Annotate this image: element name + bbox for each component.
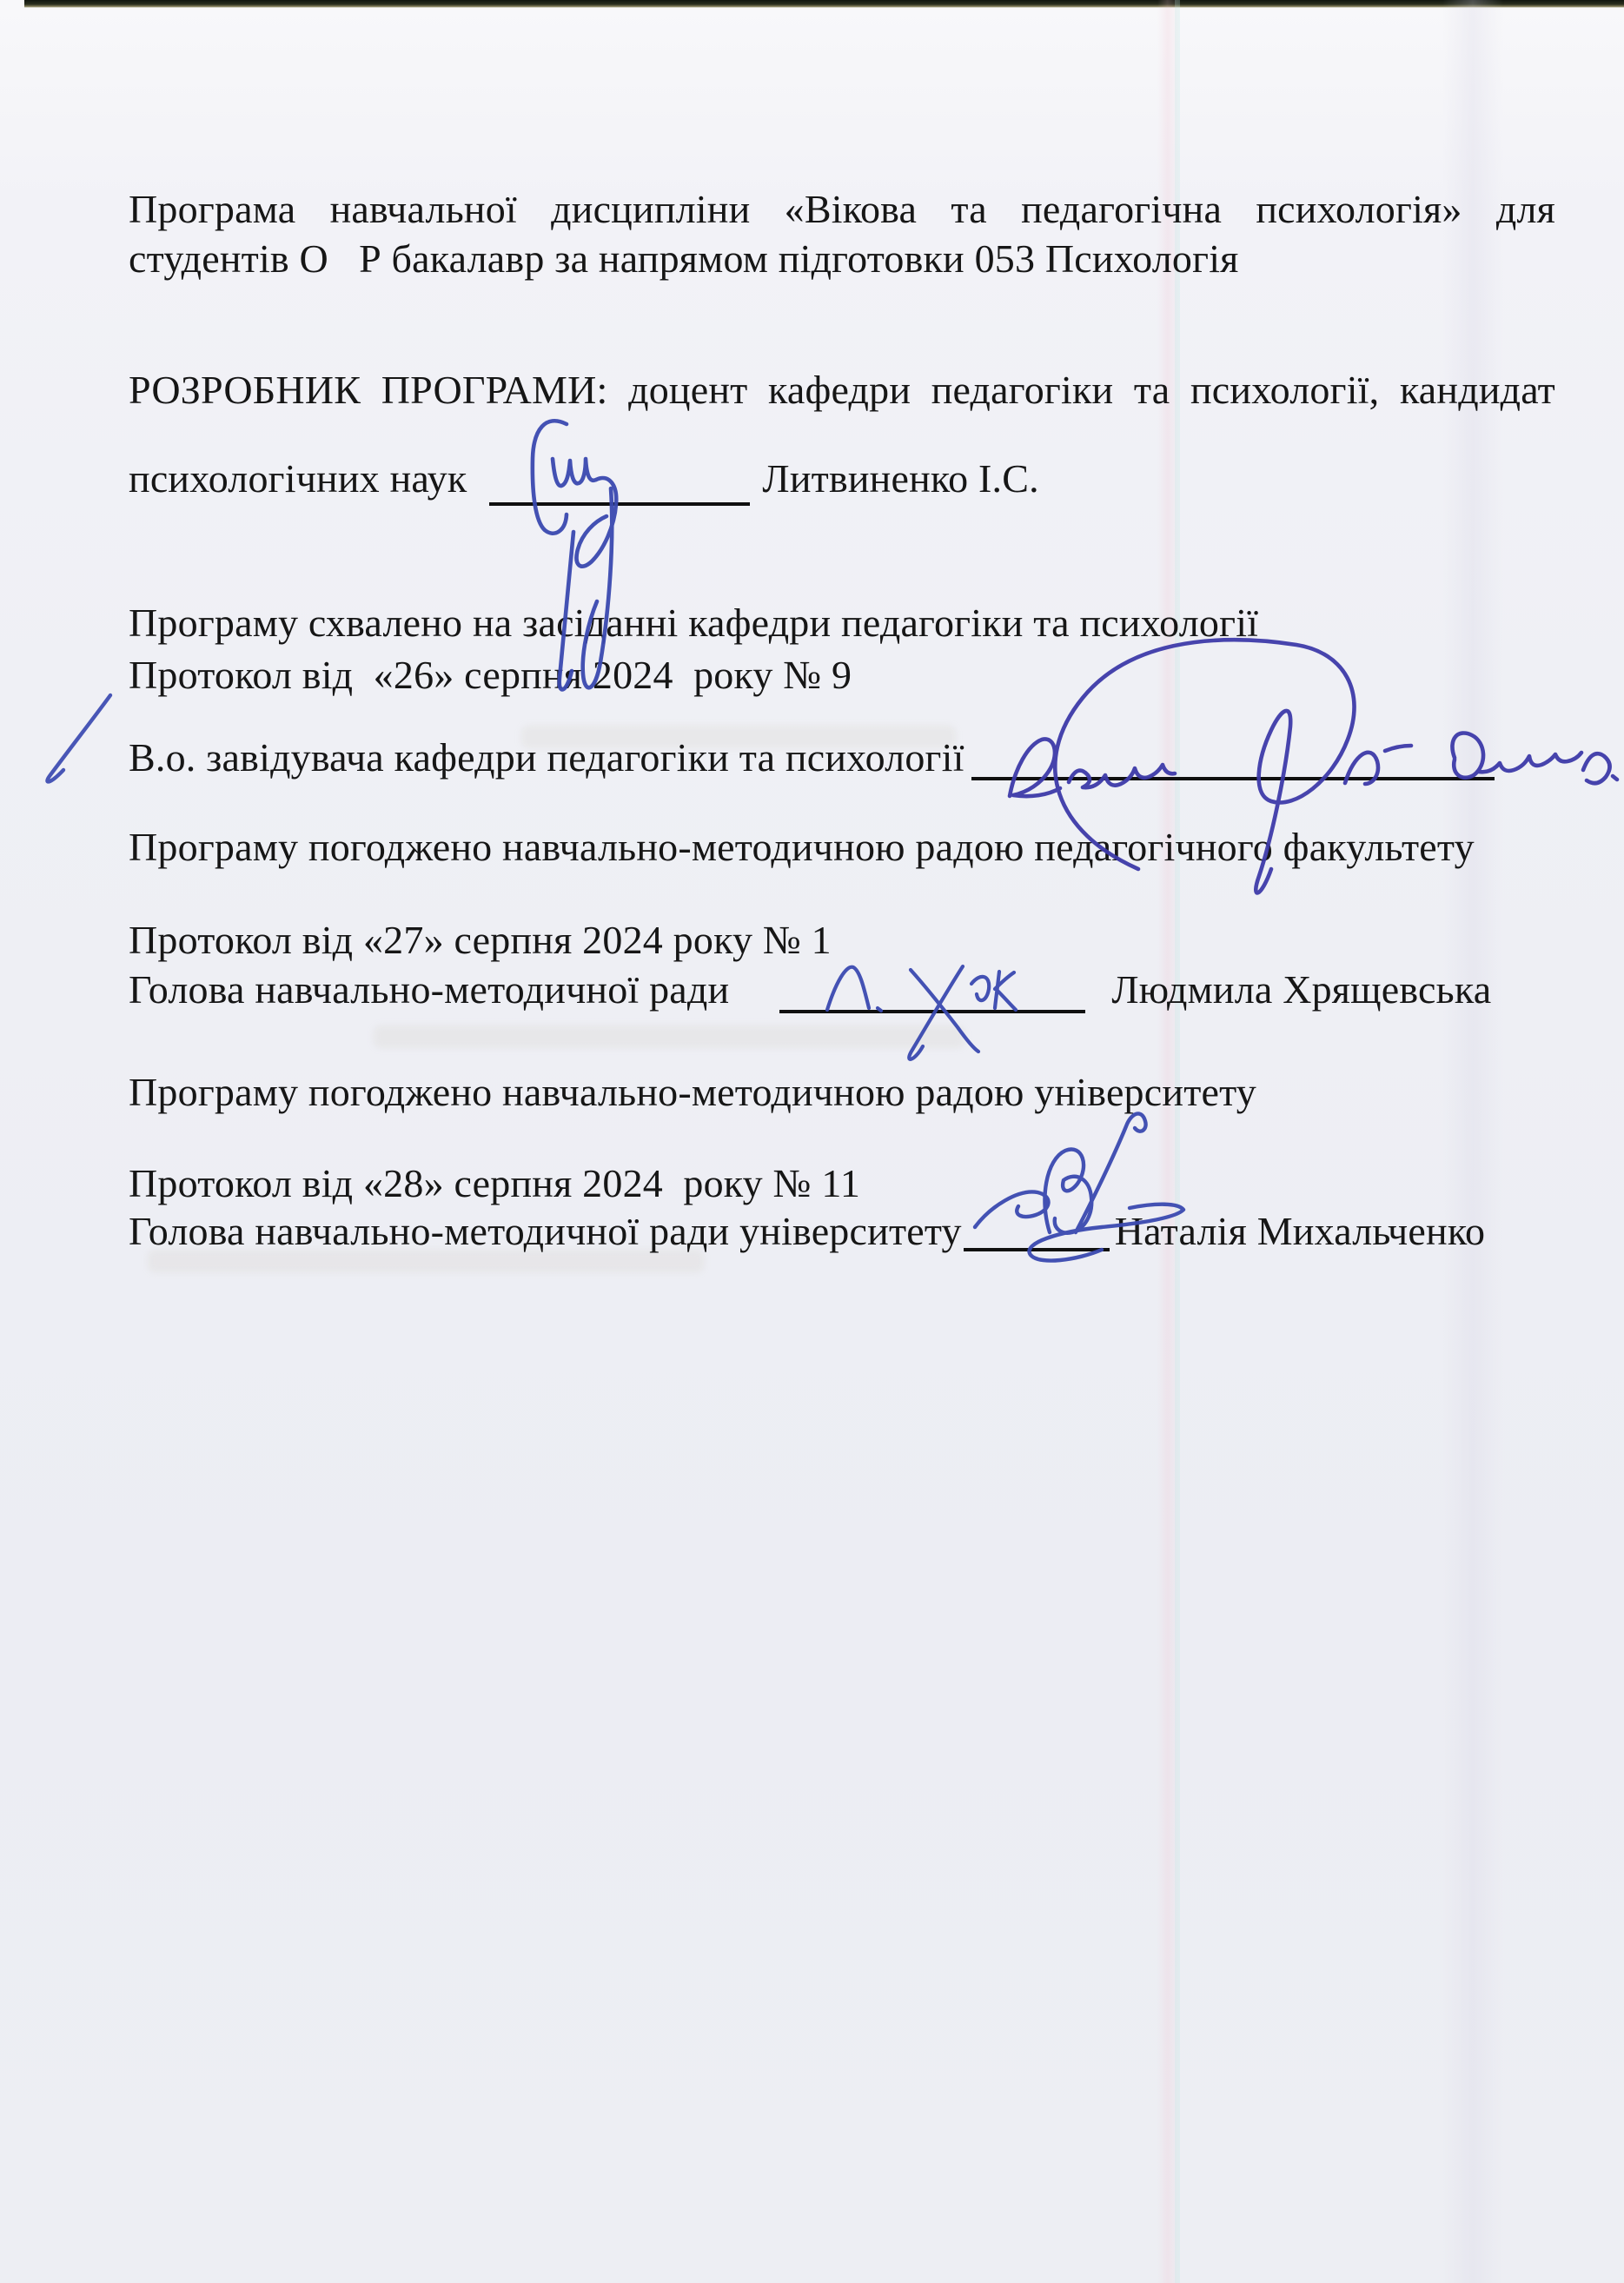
developer-line-2: психологічних наукЛитвиненко І.С. bbox=[129, 454, 1555, 503]
scan-streak-pink bbox=[1157, 0, 1180, 2283]
developer-line-1: РОЗРОБНИК ПРОГРАМИ: доцент кафедри педаг… bbox=[129, 365, 1555, 415]
faculty-chair-line: Голова навчально-методичної радиЛюдмила … bbox=[129, 965, 1555, 1014]
intro-line-2: студентів О Р бакалавр за напрямом підго… bbox=[129, 234, 1555, 283]
acting-head-label: В.о. завідувача кафедри педагогіки та пс… bbox=[129, 735, 964, 780]
scanner-edge-strip bbox=[24, 0, 1624, 8]
signature-line-faculty-chair bbox=[779, 979, 1085, 1013]
dept-approved-line: Програму схвалено на засіданні кафедри п… bbox=[129, 598, 1555, 647]
bleed-through-artifact bbox=[374, 1025, 964, 1048]
university-approved-line: Програму погоджено навчально-методичною … bbox=[129, 1067, 1555, 1117]
faculty-approved-line: Програму погоджено навчально-методичною … bbox=[129, 822, 1555, 872]
stray-pen-stroke bbox=[47, 695, 110, 781]
developer-prefix: психологічних наук bbox=[129, 456, 467, 501]
intro-line-1: Програма навчальної дисципліни «Вікова т… bbox=[129, 184, 1555, 234]
university-chair-line: Голова навчально-методичної ради універс… bbox=[129, 1206, 1555, 1256]
dept-protocol-line: Протокол від «26» серпня 2024 року № 9 bbox=[129, 650, 1555, 700]
developer-name: Литвиненко І.С. bbox=[762, 456, 1038, 501]
scanned-page: Програма навчальної дисципліни «Вікова т… bbox=[0, 0, 1624, 2283]
scan-streak-cyan bbox=[1175, 0, 1180, 2283]
signature-line-head bbox=[971, 747, 1495, 780]
faculty-protocol-line: Протокол від «27» серпня 2024 року № 1 bbox=[129, 915, 1555, 965]
faculty-chair-name: Людмила Хрящевська bbox=[1111, 967, 1491, 1012]
acting-head-line: В.о. завідувача кафедри педагогіки та пс… bbox=[129, 733, 1555, 782]
signatures-overlay bbox=[0, 0, 1624, 2283]
scan-streak-soft bbox=[1442, 0, 1503, 2283]
university-chair-label: Голова навчально-методичної ради універс… bbox=[129, 1209, 962, 1253]
signature-line-university-chair bbox=[964, 1218, 1110, 1251]
faculty-chair-label: Голова навчально-методичної ради bbox=[129, 967, 729, 1012]
signature-line-developer bbox=[489, 472, 750, 506]
university-chair-name: Наталія Михальченко bbox=[1115, 1209, 1485, 1253]
university-protocol-line: Протокол від «28» серпня 2024 року № 11 bbox=[129, 1158, 1555, 1208]
